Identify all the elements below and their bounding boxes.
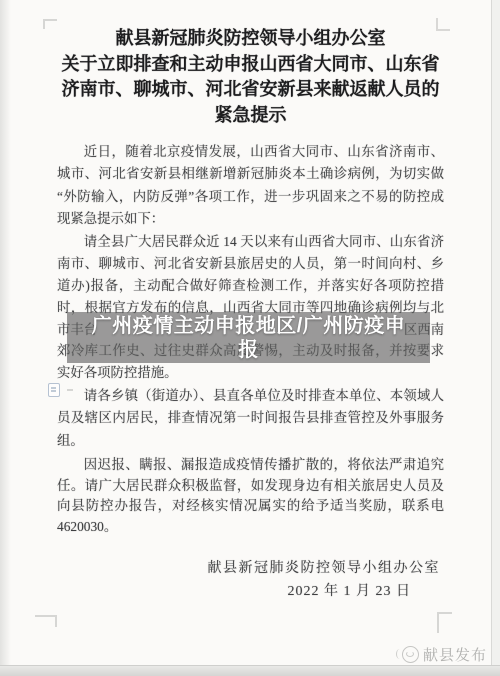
title-line: 关于立即排查和主动申报山西省大同市、山东省 — [57, 52, 444, 78]
publisher-name: 献县发布 — [423, 644, 487, 665]
signature-date: 2022 年 1 月 23 日 — [57, 580, 444, 600]
paragraph-4: 因迟报、瞒报、漏报造成疫情传播扩散的，将依法严肃追究责 任。请广大居民群众积极监… — [57, 455, 444, 537]
notice-photo: 献县新冠肺炎防控领导小组办公室 关于立即排查和主动申报山西省大同市、山东省 济南… — [0, 0, 500, 676]
document-icon — [48, 383, 60, 397]
signature-office: 献县新冠肺炎防控领导小组办公室 — [57, 557, 444, 577]
title-line: 献县新冠肺炎防控领导小组办公室 — [57, 26, 444, 52]
caption-overlay: 广州疫情主动申报地区/广州防疫申 报 — [67, 312, 430, 363]
body-line: 近日，随着北京疫情发展，山西省大同市、山东省济南市、聊 — [57, 141, 444, 163]
body-line: 请各乡镇（街道办）、县直各单位及时排查本单位、本领域人 — [57, 385, 444, 407]
body-line: 城市、河北省安新县相继新增新冠肺炎本土确诊病例，为切实做好 — [57, 163, 444, 185]
body-line: 员及辖区内居民，排查情况第一时间报告县排查管控及外事服务 — [57, 407, 444, 429]
caption-line: 报 — [67, 339, 430, 363]
dash-mark — [67, 389, 73, 391]
publisher-watermark: 献县发布 — [402, 644, 487, 665]
corner-mark-bottom-left-icon — [35, 615, 57, 627]
corner-mark-top-left-icon — [43, 19, 57, 29]
photo-edge-right — [491, 0, 500, 676]
body-line: “外防输入，内防反弹”各项工作，进一步巩固来之不易的防控成果， — [57, 186, 444, 208]
body-line: 因迟报、瞒报、漏报造成疫情传播扩散的，将依法严肃追究责 — [57, 455, 444, 476]
body-line: 4620030。 — [57, 517, 444, 538]
body-line: 现紧急提示如下： — [57, 208, 444, 230]
notice-title: 献县新冠肺炎防控领导小组办公室 关于立即排查和主动申报山西省大同市、山东省 济南… — [57, 26, 444, 128]
circle-seal-icon — [402, 646, 419, 663]
body-line: 任。请广大居民群众积极监督，如发现身边有相关旅居史人员及时 — [57, 476, 444, 497]
body-line: 实好各项防控措施。 — [57, 362, 444, 384]
paragraph-3: 请各乡镇（街道办）、县直各单位及时排查本单位、本领域人 员及辖区内居民，排查情况… — [57, 385, 444, 452]
body-line: 请全县广大居民群众近 14 天以来有山西省大同市、山东省济 — [57, 231, 444, 253]
corner-mark-bottom-right-icon — [437, 612, 452, 633]
body-line: 道办)报备，主动配合做好筛查检测工作，并落实好各项防控措施。同 — [57, 275, 444, 297]
photo-edge-bottom — [0, 665, 500, 676]
paragraph-1: 近日，随着北京疫情发展，山西省大同市、山东省济南市、聊 城市、河北省安新县相继新… — [57, 141, 444, 231]
body-line: 南市、聊城市、河北省安新县旅居史的人员，第一时间向村、乡镇(街 — [57, 253, 444, 275]
body-line: 组。 — [57, 430, 444, 452]
title-line: 紧急提示 — [57, 103, 444, 129]
title-line: 济南市、聊城市、河北省安新县来献返献人员的 — [57, 77, 444, 103]
photo-edge-left — [0, 0, 11, 676]
caption-line: 广州疫情主动申报地区/广州防疫申 — [67, 315, 430, 339]
body-line: 向县防控办报告，对经核实情况属实的给予适当奖励，联系电话： — [57, 496, 444, 517]
